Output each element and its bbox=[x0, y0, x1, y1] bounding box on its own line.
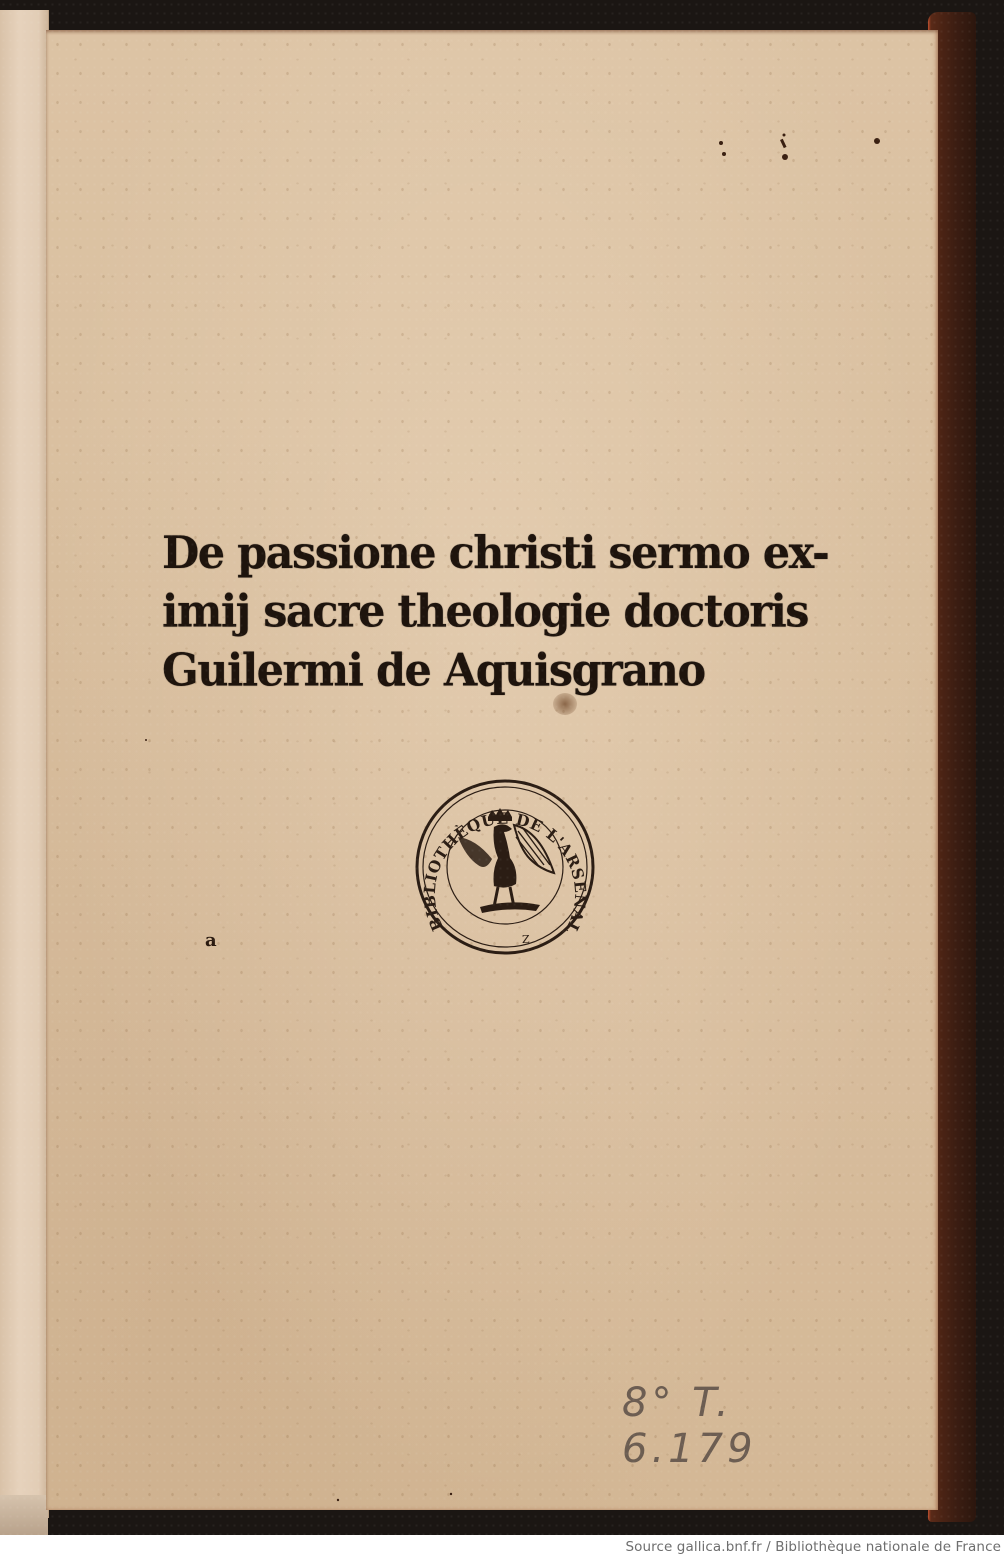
ink-stain bbox=[553, 693, 577, 715]
previous-leaf-edge bbox=[0, 10, 49, 1518]
svg-text:Z: Z bbox=[522, 933, 530, 946]
library-stamp: BIBLIOTHÈQUE DE L'ARSENAL Z bbox=[410, 775, 600, 960]
scanned-page-image: De passione christi sermo ex- imij sacre… bbox=[0, 0, 1004, 1535]
stray-printed-mark: a bbox=[205, 930, 217, 951]
title-line-2: imij sacre theologie doctoris bbox=[162, 583, 802, 642]
title-page bbox=[46, 30, 938, 1510]
title-line-1: De passione christi sermo ex- bbox=[162, 524, 802, 583]
book-title: De passione christi sermo ex- imij sacre… bbox=[162, 524, 802, 700]
title-line-3: Guilermi de Aquisgrano bbox=[162, 641, 802, 700]
arsenal-stamp-icon: BIBLIOTHÈQUE DE L'ARSENAL Z bbox=[410, 775, 600, 960]
source-credit: Source gallica.bnf.fr / Bibliothèque nat… bbox=[625, 1539, 1001, 1555]
handwritten-shelfmark: 8° T. 6.179 bbox=[622, 1380, 852, 1440]
previous-leaf-corner bbox=[0, 1495, 48, 1535]
